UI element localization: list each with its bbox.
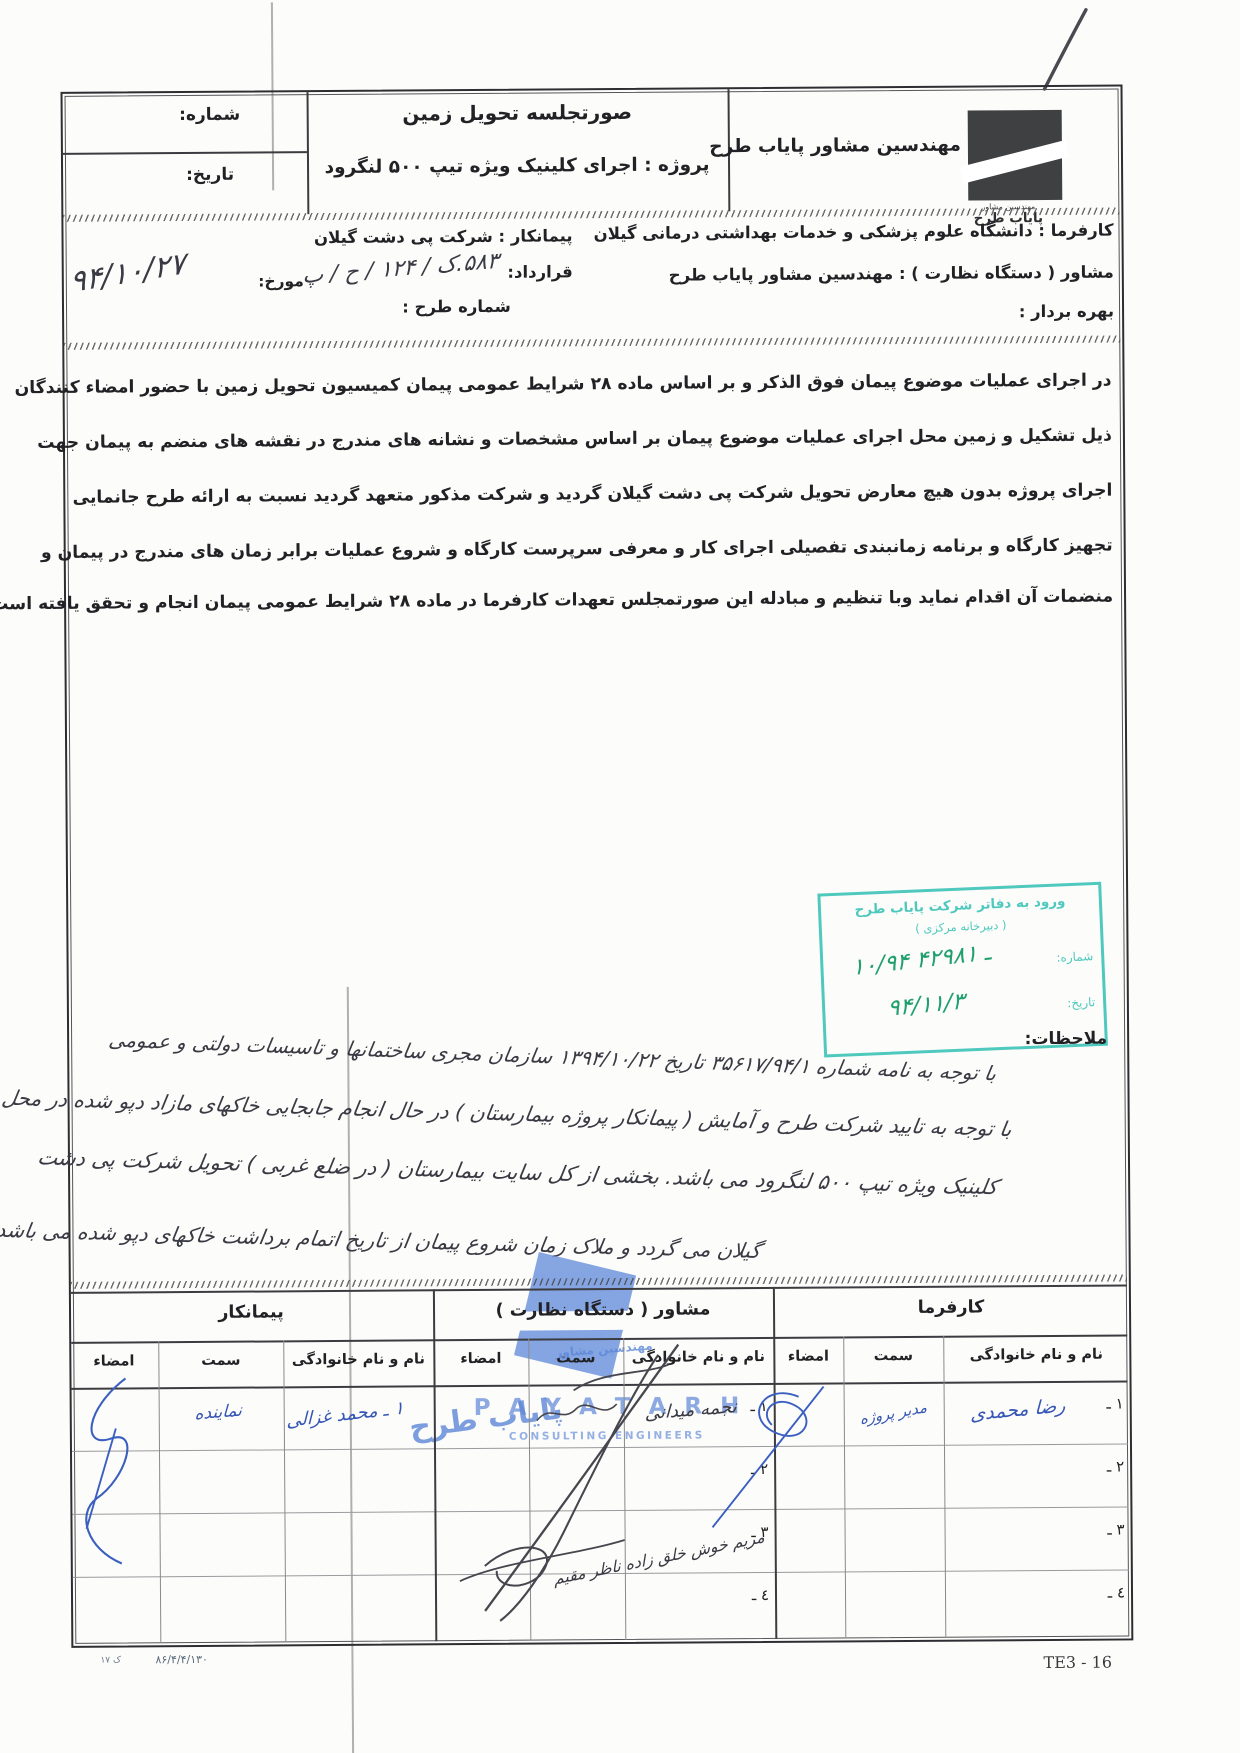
contractor-col-post: سمت: [158, 1352, 283, 1369]
employer-row-number-1: ۱ ـ: [1086, 1394, 1124, 1412]
employer-col-post: سمت: [843, 1348, 943, 1365]
contractor-line: پیمانکار : شرکت پی دشت گیلان: [290, 226, 572, 247]
footer-left-mark: ک ۱۷: [100, 1656, 121, 1666]
doc-title: صورتجلسه تحویل زمین: [315, 99, 720, 126]
contractor-group-title: پیمانکار: [69, 1301, 433, 1324]
remarks-label: ملاحظات:: [1013, 1029, 1107, 1050]
logo-slash-shape: [960, 140, 1070, 184]
plan-number-label: شماره طرح :: [374, 297, 539, 317]
pen-slash-mark: [1036, 7, 1092, 92]
consultant-signature-large: [423, 1329, 715, 1631]
employer-col-signature: امضاء: [773, 1348, 843, 1364]
consultant-line: مشاور ( دستگاه نظارت ) : مهندسین مشاور پ…: [616, 263, 1114, 285]
contract-label: قرارداد:: [501, 262, 573, 282]
contractor-signature: [65, 1368, 151, 1569]
footer-form-code-fa: ۸۶/۴/۴/۱۳۰: [155, 1653, 208, 1666]
stamp-number-handwriting: ۱۰/۹۴ ـ ۴۲۹۸۱: [852, 939, 992, 981]
doc-number-label: شماره:: [145, 104, 275, 125]
client-line: کارفرما : دانشگاه علوم پزشکی و خدمات بهد…: [615, 221, 1113, 243]
contractor-col-name: نام و نام خانوادگی: [283, 1351, 433, 1368]
document-sheet: شماره: تاریخ: صورتجلسه تحویل زمین پروژه …: [0, 0, 1240, 1753]
stamp-date-handwriting: ۹۴/۱۱/۳: [887, 989, 964, 1022]
scanned-document-page: شماره: تاریخ: صورتجلسه تحویل زمین پروژه …: [0, 0, 1240, 1753]
dated-label: مورخ:: [246, 272, 304, 290]
org-name: مهندسین مشاور پایاب طرح: [733, 135, 961, 158]
operator-label: بهره بردار :: [616, 302, 1114, 324]
employer-row-number-2: ۲ ـ: [1086, 1457, 1124, 1475]
consultant-row-number-4: ٤ ـ: [731, 1586, 769, 1604]
employer-row-number-4: ٤ ـ: [1087, 1583, 1125, 1601]
consultant-group-title: مشاور ( دستگاه نظارت ): [433, 1299, 773, 1321]
stamp-number-label: شماره:: [1056, 949, 1093, 965]
employer-col-name: نام و نام خانوادگی: [943, 1346, 1129, 1363]
project-title: پروژه : اجرای کلینیک ویژه تیپ ۵۰۰ لنگرود: [311, 154, 723, 178]
footer-form-code-en: TE3 - 16: [1043, 1653, 1112, 1672]
doc-date-label: تاریخ:: [147, 164, 273, 185]
stamp-date-label: تاریخ:: [1067, 995, 1095, 1010]
employer-row-number-3: ۳ ـ: [1087, 1520, 1125, 1538]
employer-group-title: کارفرما: [773, 1296, 1129, 1318]
company-logo: [968, 110, 1063, 201]
